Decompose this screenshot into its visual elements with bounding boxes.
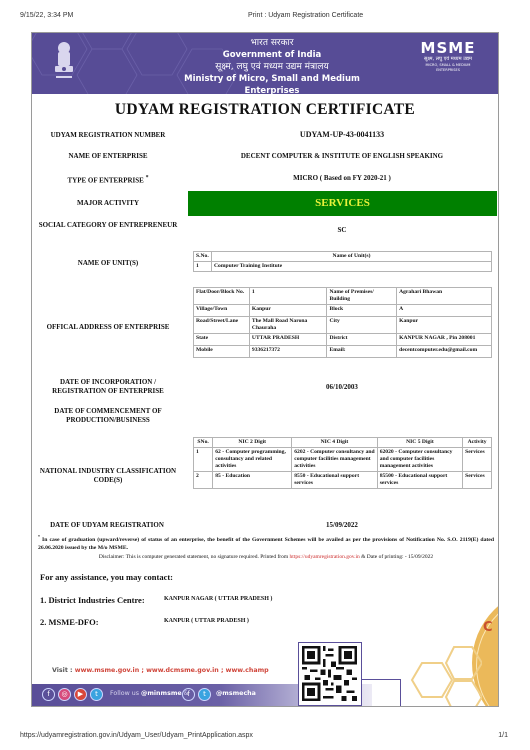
units-table: S.No.Name of Unit(s) 1Computer Training … bbox=[193, 251, 492, 272]
youtube-icon[interactable]: ▶ bbox=[74, 688, 87, 701]
msme-logo-hindi: सूक्ष्म, लघु एवं मध्यम उद्यम bbox=[415, 56, 481, 63]
banner-govt: Government of India bbox=[162, 49, 382, 61]
units-header-row: S.No.Name of Unit(s) bbox=[194, 252, 492, 262]
nic-header-cell: NIC 4 Digit bbox=[292, 438, 377, 448]
units-body: 1Computer Training Institute bbox=[194, 262, 492, 272]
enterprise-type-mark: * bbox=[146, 175, 149, 181]
nic-row: 162 - Computer programming, consultancy … bbox=[194, 448, 492, 472]
facebook-icon[interactable]: f bbox=[42, 688, 55, 701]
commencement-label: DATE OF COMMENCEMENT OF PRODUCTION/BUSIN… bbox=[36, 407, 180, 425]
address-field-label: Block bbox=[327, 305, 397, 317]
facebook-icon[interactable]: f bbox=[182, 688, 195, 701]
nic-header-cell: Activity bbox=[463, 438, 492, 448]
note-text: In case of graduation (upward/reverse) o… bbox=[38, 537, 494, 551]
banner-text: भारत सरकार Government of India सूक्ष्म, … bbox=[162, 38, 382, 94]
units-row: 1Computer Training Institute bbox=[194, 262, 492, 272]
address-body: Flat/Door/Block No.1Name of Premises/ Bu… bbox=[194, 288, 492, 358]
disclaimer-suffix: & Date of printing: - 15/09/2022 bbox=[360, 554, 433, 560]
nic-cell: 1 bbox=[194, 448, 213, 472]
address-field-value: UTTAR PRADESH bbox=[249, 334, 327, 346]
nic-header-cell: NIC 5 Digit bbox=[377, 438, 462, 448]
address-field-value: decentcomputer.edu@gmail.com bbox=[397, 346, 492, 358]
address-field-value: Agrahari Bhawan bbox=[397, 288, 492, 305]
address-field-value: Kanpur bbox=[249, 305, 327, 317]
address-field-label: District bbox=[327, 334, 397, 346]
nic-header-cell: NIC 2 Digit bbox=[213, 438, 292, 448]
twitter-icon[interactable]: t bbox=[198, 688, 211, 701]
address-field-value: KANPUR NAGAR , Pin 208001 bbox=[397, 334, 492, 346]
social-category-label: SOCIAL CATEGORY OF ENTREPRENEUR bbox=[36, 221, 180, 230]
address-table: Flat/Door/Block No.1Name of Premises/ Bu… bbox=[193, 287, 492, 358]
disclaimer: Disclaimer: This is computer generated s… bbox=[38, 553, 494, 561]
print-header: 9/15/22, 3:34 PM Print : Udyam Registrat… bbox=[0, 12, 530, 24]
handle-msmecha[interactable]: @msmecha bbox=[216, 690, 256, 697]
visit-prefix: Visit : bbox=[52, 667, 75, 674]
address-row: Mobile9336217372Email:decentcomputer.edu… bbox=[194, 346, 492, 358]
address-field-label: Mobile bbox=[194, 346, 250, 358]
incorporation-label: DATE OF INCORPORATION / REGISTRATION OF … bbox=[36, 378, 180, 396]
reg-number-value: UDYAM-UP-43-0041133 bbox=[188, 130, 496, 139]
dfo-label: 2. MSME-DFO: bbox=[40, 617, 99, 627]
visit-line: Visit : www.msme.gov.in ; www.dcmsme.gov… bbox=[52, 667, 269, 674]
incorporation-value: 06/10/2003 bbox=[188, 383, 496, 392]
decorative-hexagons bbox=[392, 633, 482, 707]
reg-number-label: UDYAM REGISTRATION NUMBER bbox=[36, 131, 180, 140]
dic-label: 1. District Industries Centre: bbox=[40, 595, 145, 605]
units-header-cell: S.No. bbox=[194, 252, 212, 262]
address-field-value: The Mall Road Narona Chauraha bbox=[249, 317, 327, 334]
page-number: 1/1 bbox=[498, 732, 508, 739]
enterprise-type-label-text: TYPE OF ENTERPRISE bbox=[67, 176, 143, 184]
address-row: StateUTTAR PRADESHDistrictKANPUR NAGAR ,… bbox=[194, 334, 492, 346]
print-page-title: Print : Udyam Registration Certificate bbox=[248, 12, 363, 19]
units-label: NAME OF UNIT(S) bbox=[36, 259, 180, 268]
address-field-value: 1 bbox=[249, 288, 327, 305]
nic-cell: 62020 - Computer consultancy and compute… bbox=[377, 448, 462, 472]
address-field-label: Road/Street/Lane bbox=[194, 317, 250, 334]
msme-logo-mark: MSME bbox=[415, 40, 481, 56]
major-activity-label: MAJOR ACTIVITY bbox=[36, 199, 180, 208]
address-field-label: Flat/Door/Block No. bbox=[194, 288, 250, 305]
nic-cell: Services bbox=[463, 448, 492, 472]
nic-row: 285 - Education8550 - Educational suppor… bbox=[194, 472, 492, 489]
visit-links[interactable]: www.msme.gov.in ; www.dcmsme.gov.in ; ww… bbox=[75, 667, 269, 674]
note-mark: * bbox=[38, 534, 40, 539]
certificate: भारत सरकार Government of India सूक्ष्म, … bbox=[31, 32, 499, 707]
address-row: Village/TownKanpurBlockA bbox=[194, 305, 492, 317]
address-field-value: 9336217372 bbox=[249, 346, 327, 358]
dfo-value: KANPUR ( UTTAR PRADESH ) bbox=[164, 618, 249, 624]
address-row: Flat/Door/Block No.1Name of Premises/ Bu… bbox=[194, 288, 492, 305]
udyam-date-value: 15/09/2022 bbox=[188, 521, 496, 530]
follow-us: Follow us @minmsme & bbox=[110, 690, 189, 697]
address-field-label: City bbox=[327, 317, 397, 334]
qr-code bbox=[298, 642, 362, 706]
nic-header-cell: SNo. bbox=[194, 438, 213, 448]
twitter-icon[interactable]: t bbox=[90, 688, 103, 701]
certificate-title: UDYAM REGISTRATION CERTIFICATE bbox=[32, 101, 498, 119]
disclaimer-prefix: Disclaimer: This is computer generated s… bbox=[99, 554, 290, 560]
address-row: Road/Street/LaneThe Mall Road Narona Cha… bbox=[194, 317, 492, 334]
banner-hindi-govt: भारत सरकार bbox=[162, 38, 382, 49]
nic-label: NATIONAL INDUSTRY CLASSIFICATION CODE(S) bbox=[36, 467, 180, 485]
graduation-note: * In case of graduation (upward/reverse)… bbox=[38, 533, 494, 552]
units-cell: Computer Training Institute bbox=[212, 262, 492, 272]
nic-cell: 2 bbox=[194, 472, 213, 489]
address-field-label: Village/Town bbox=[194, 305, 250, 317]
social-category-value: SC bbox=[188, 226, 496, 235]
msme-logo-english: MICRO, SMALL & MEDIUM ENTERPRISES bbox=[415, 63, 481, 73]
address-label: OFFICAL ADDRESS OF ENTERPRISE bbox=[36, 323, 180, 332]
instagram-icon[interactable]: ◎ bbox=[58, 688, 71, 701]
address-field-label: Name of Premises/ Building bbox=[327, 288, 397, 305]
ministry-banner: भारत सरकार Government of India सूक्ष्म, … bbox=[32, 33, 498, 94]
banner-ministry: Ministry of Micro, Small and Medium Ente… bbox=[162, 73, 382, 94]
nic-cell: 8550 - Educational support services bbox=[292, 472, 377, 489]
national-emblem-icon bbox=[51, 40, 77, 84]
major-activity-value: SERVICES bbox=[188, 191, 497, 216]
address-field-label: Email: bbox=[327, 346, 397, 358]
enterprise-type-value: MICRO ( Based on FY 2020-21 ) bbox=[188, 174, 496, 183]
banner-hindi-ministry: सूक्ष्म, लघु एवं मध्यम उद्यम मंत्रालय bbox=[162, 61, 382, 73]
print-url: https://udyamregistration.gov.in/Udyam_U… bbox=[20, 732, 253, 739]
print-datetime: 9/15/22, 3:34 PM bbox=[20, 12, 73, 19]
follow-prefix: Follow us bbox=[110, 690, 141, 697]
nic-body: 162 - Computer programming, consultancy … bbox=[194, 448, 492, 489]
nic-cell: Services bbox=[463, 472, 492, 489]
units-header-cell: Name of Unit(s) bbox=[212, 252, 492, 262]
units-cell: 1 bbox=[194, 262, 212, 272]
enterprise-name-label: NAME OF ENTERPRISE bbox=[36, 152, 180, 161]
print-footer: https://udyamregistration.gov.in/Udyam_U… bbox=[0, 732, 530, 744]
address-field-label: State bbox=[194, 334, 250, 346]
enterprise-name-value: DECENT COMPUTER & INSTITUTE OF ENGLISH S… bbox=[188, 152, 496, 161]
enterprise-type-label: TYPE OF ENTERPRISE * bbox=[36, 174, 180, 185]
dic-value: KANPUR NAGAR ( UTTAR PRADESH ) bbox=[164, 596, 272, 602]
qr-code-icon bbox=[302, 646, 357, 701]
address-field-value: A bbox=[397, 305, 492, 317]
nic-table: SNo.NIC 2 DigitNIC 4 DigitNIC 5 DigitAct… bbox=[193, 437, 492, 489]
handle-minmsme[interactable]: @minmsme bbox=[141, 690, 182, 697]
decorative-letter: C bbox=[483, 620, 493, 635]
disclaimer-link[interactable]: https://udyamregistration.gov.in bbox=[290, 554, 360, 560]
msme-logo: MSME सूक्ष्म, लघु एवं मध्यम उद्यम MICRO,… bbox=[415, 40, 481, 70]
assistance-heading: For any assistance, you may contact: bbox=[40, 572, 173, 582]
address-field-value: Kanpur bbox=[397, 317, 492, 334]
nic-cell: 62 - Computer programming, consultancy a… bbox=[213, 448, 292, 472]
nic-header-row: SNo.NIC 2 DigitNIC 4 DigitNIC 5 DigitAct… bbox=[194, 438, 492, 448]
nic-cell: 6202 - Computer consultancy and computer… bbox=[292, 448, 377, 472]
udyam-date-label: DATE OF UDYAM REGISTRATION bbox=[32, 521, 182, 530]
nic-cell: 85 - Education bbox=[213, 472, 292, 489]
nic-cell: 85500 - Educational support services bbox=[377, 472, 462, 489]
